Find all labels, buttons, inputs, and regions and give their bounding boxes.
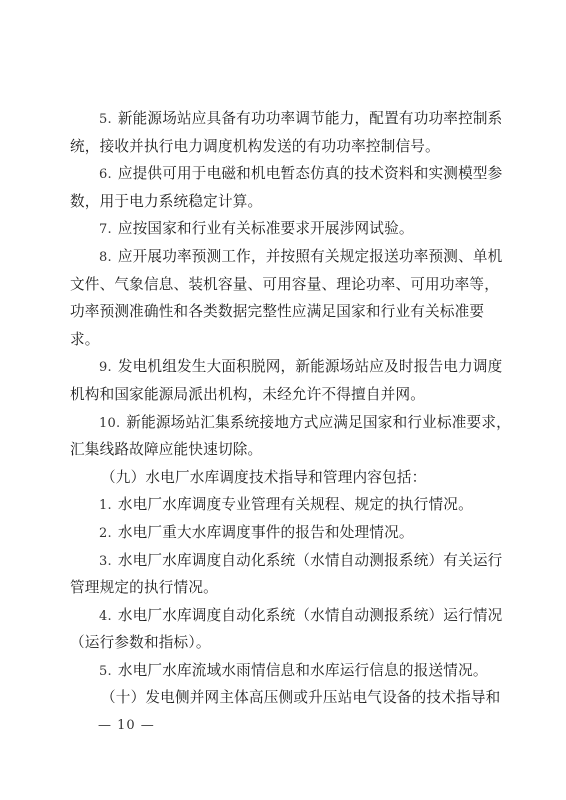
item-6-line-2: 数，用于电力系统稳定计算。 bbox=[70, 188, 492, 216]
sec9-item-3-line-2: 管理规定的执行情况。 bbox=[70, 574, 492, 602]
item-7-line-1: 7.应按国家和行业有关标准要求开展涉网试验。 bbox=[70, 215, 492, 243]
item-6-line-1: 6.应提供可用于电磁和机电暂态仿真的技术资料和实测模型参 bbox=[70, 160, 492, 188]
sec9-item-2: 2.水电厂重大水库调度事件的报告和处理情况。 bbox=[70, 519, 492, 547]
sec9-item-5: 5.水电厂水库流域水雨情信息和水库运行信息的报送情况。 bbox=[70, 657, 492, 685]
item-8-line-4: 求。 bbox=[70, 326, 492, 354]
sec9-item-3-line-1: 3.水电厂水库调度自动化系统（水情自动测报系统）有关运行 bbox=[70, 547, 492, 575]
item-8-line-2: 文件、气象信息、装机容量、可用容量、理论功率、可用功率等， bbox=[70, 271, 492, 299]
document-page: 5.新能源场站应具备有功功率调节能力，配置有功功率控制系 统，接收并执行电力调度… bbox=[70, 105, 492, 712]
item-8-line-3: 功率预测准确性和各类数据完整性应满足国家和行业有关标准要 bbox=[70, 298, 492, 326]
sec9-item-4-line-1: 4.水电厂水库调度自动化系统（水情自动测报系统）运行情况 bbox=[70, 602, 492, 630]
item-5-line-1: 5.新能源场站应具备有功功率调节能力，配置有功功率控制系 bbox=[70, 105, 492, 133]
item-10-line-2: 汇集线路故障应能快速切除。 bbox=[70, 436, 492, 464]
item-10-line-1: 10.新能源场站汇集系统接地方式应满足国家和行业标准要求， bbox=[70, 409, 492, 437]
item-9-line-2: 机构和国家能源局派出机构，未经允许不得擅自并网。 bbox=[70, 381, 492, 409]
section-10-heading: （十）发电侧并网主体高压侧或升压站电气设备的技术指导和 bbox=[70, 684, 492, 712]
section-9-heading: （九）水电厂水库调度技术指导和管理内容包括： bbox=[70, 464, 492, 492]
item-9-line-1: 9.发电机组发生大面积脱网，新能源场站应及时报告电力调度 bbox=[70, 353, 492, 381]
sec9-item-4-line-2: （运行参数和指标）。 bbox=[70, 629, 492, 657]
page-number: — 10 — bbox=[98, 718, 155, 733]
sec9-item-1: 1.水电厂水库调度专业管理有关规程、规定的执行情况。 bbox=[70, 491, 492, 519]
item-5-line-2: 统，接收并执行电力调度机构发送的有功功率控制信号。 bbox=[70, 133, 492, 161]
item-8-line-1: 8.应开展功率预测工作，并按照有关规定报送功率预测、单机 bbox=[70, 243, 492, 271]
